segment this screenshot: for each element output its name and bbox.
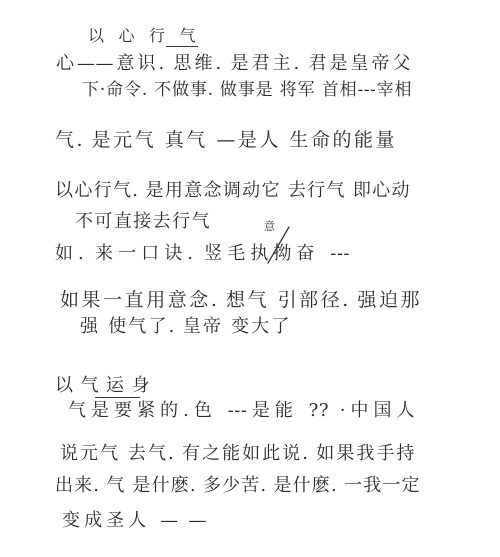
insertion-mark-text: 意 <box>264 221 275 232</box>
text-line-11: 气是要紧的.色 ---是能 ?? ·中国人 <box>68 400 415 422</box>
heading-1-underline <box>166 46 198 47</box>
text-line-7: 如. 来一口诀. 竖毛执拗奋 --- <box>55 243 350 265</box>
text-line-5: 以心行气. 是用意念调动它 去行气 即心动 <box>55 180 410 202</box>
text-line-12: 说元气 去气. 有之能如此说. 如果我手持 <box>60 443 415 465</box>
text-line-6: 不可直接去行气 <box>75 211 210 233</box>
heading-2: 以气运身 <box>55 375 150 397</box>
text-line-9: 强 使气了. 皇帝 变大了 <box>80 316 290 338</box>
text-line-8: 如果一直用意念. 想气 引部径. 强迫那 <box>60 289 420 312</box>
text-line-3: 下·命令. 不做事. 做事是 将军 首相---宰相 <box>82 80 412 100</box>
text-line-2: 心——意识. 思维. 是君主. 君是皇帝父 <box>56 53 411 75</box>
text-line-4: 气. 是元气 真气 —是人 生命的能量 <box>55 129 395 152</box>
handwritten-page: 以心行气 心——意识. 思维. 是君主. 君是皇帝父 下·命令. 不做事. 做事… <box>0 0 500 557</box>
text-line-14: 变成圣人 — — <box>62 510 207 532</box>
heading-2-underline <box>95 397 140 398</box>
heading-1: 以心行气 <box>88 26 196 45</box>
text-line-13: 出来. 气 是什麽. 多少苦. 是什麽. 一我一定 <box>55 475 420 497</box>
